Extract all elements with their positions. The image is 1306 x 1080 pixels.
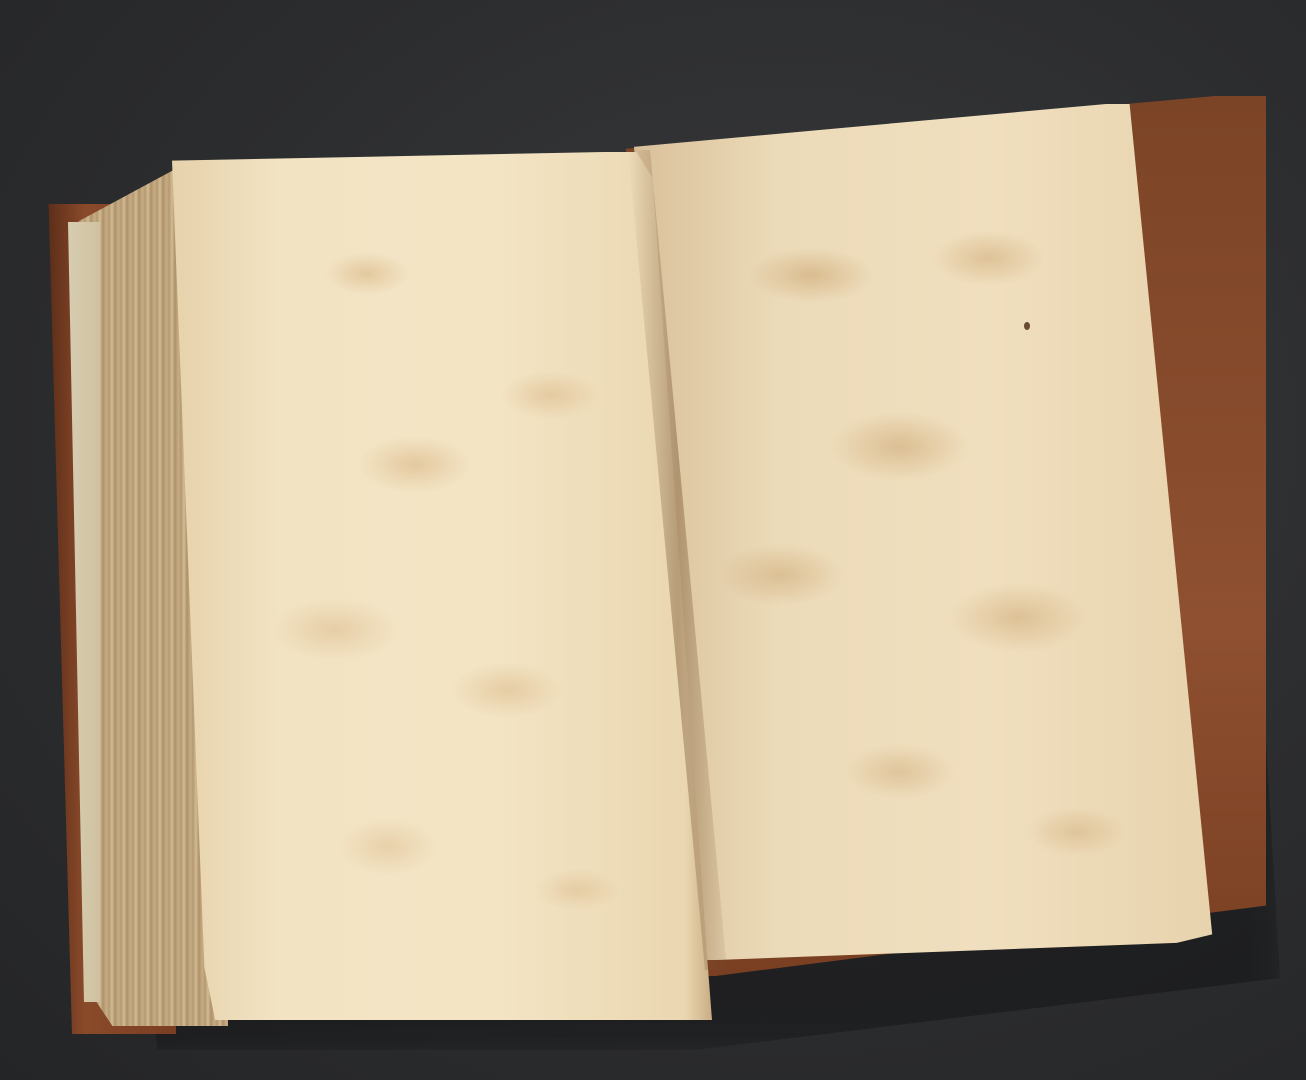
left-flyleaf: [172, 152, 712, 1020]
right-endpaper: [634, 104, 1224, 960]
ink-spot: [1024, 322, 1030, 330]
